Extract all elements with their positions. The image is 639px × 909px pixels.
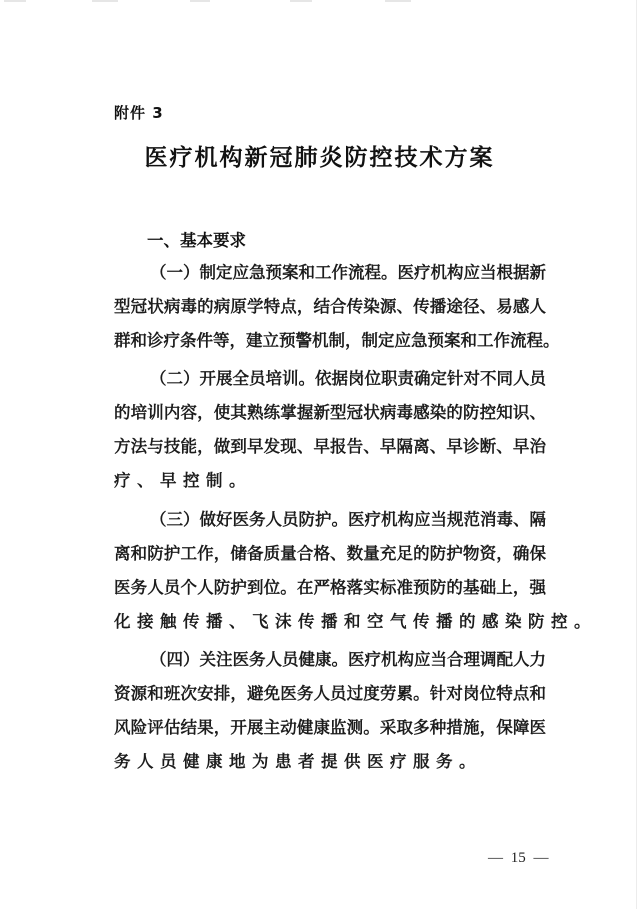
paragraph-line: （三）做好医务人员防护。医疗机构应当规范消毒、隔	[150, 503, 546, 537]
page-edge	[636, 0, 637, 909]
paragraph-line: 化接触传播、飞沫传播和空气传播的感染防控。	[114, 605, 546, 639]
scan-artifact	[190, 0, 210, 2]
document-page: 附件 3 医疗机构新冠肺炎防控技术方案 一、基本要求 （一）制定应急预案和工作流…	[0, 0, 639, 909]
section-heading: 一、基本要求	[147, 227, 246, 251]
paragraph-line: 离和防护工作，储备质量合格、数量充足的防护物资，确保	[114, 537, 546, 571]
paragraph-2: （二）开展全员培训。依据岗位职责确定针对不同人员 的培训内容，使其熟练掌握新型冠…	[114, 362, 546, 498]
scan-artifact	[385, 0, 411, 2]
document-title: 医疗机构新冠肺炎防控技术方案	[0, 139, 639, 172]
paragraph-line: （四）关注医务人员健康。医疗机构应当合理调配人力	[150, 643, 546, 677]
scan-artifact	[290, 0, 312, 2]
paragraph-line: 疗、早控制。	[114, 464, 546, 498]
paragraph-line: 型冠状病毒的病原学特点，结合传染源、传播途径、易感人	[114, 290, 546, 324]
attachment-label: 附件 3	[114, 102, 164, 123]
page-number: — 15 —	[488, 850, 549, 867]
paragraph-4: （四）关注医务人员健康。医疗机构应当合理调配人力 资源和班次安排，避免医务人员过…	[114, 643, 546, 779]
paragraph-line: 方法与技能，做到早发现、早报告、早隔离、早诊断、早治	[114, 430, 546, 464]
paragraph-1: （一）制定应急预案和工作流程。医疗机构应当根据新 型冠状病毒的病原学特点，结合传…	[114, 256, 546, 358]
scan-artifact	[92, 0, 118, 2]
paragraph-line: 风险评估结果，开展主动健康监测。采取多种措施，保障医	[114, 711, 546, 745]
scan-artifact	[4, 0, 26, 2]
paragraph-line: 医务人员个人防护到位。在严格落实标准预防的基础上，强	[114, 571, 546, 605]
paragraph-line: 群和诊疗条件等，建立预警机制，制定应急预案和工作流程。	[114, 324, 546, 358]
paragraph-line: （二）开展全员培训。依据岗位职责确定针对不同人员	[150, 362, 546, 396]
paragraph-line: 资源和班次安排，避免医务人员过度劳累。针对岗位特点和	[114, 677, 546, 711]
paragraph-3: （三）做好医务人员防护。医疗机构应当规范消毒、隔 离和防护工作，储备质量合格、数…	[114, 503, 546, 639]
paragraph-line: 的培训内容，使其熟练掌握新型冠状病毒感染的防控知识、	[114, 396, 546, 430]
paragraph-line: 务人员健康地为患者提供医疗服务。	[114, 745, 546, 779]
paragraph-line: （一）制定应急预案和工作流程。医疗机构应当根据新	[150, 256, 546, 290]
